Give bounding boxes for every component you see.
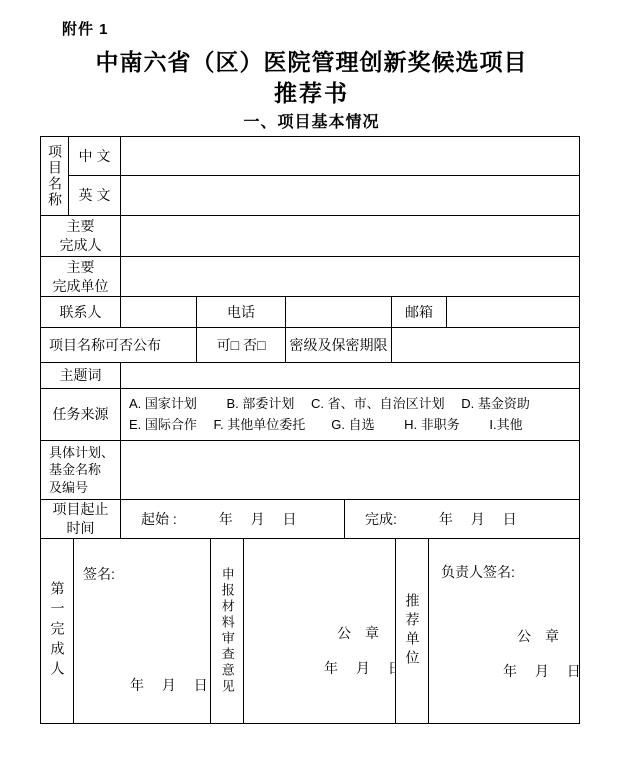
plan-info-label: 具体计划、 基金名称 及编号	[40, 440, 121, 500]
recommender-signature-area[interactable]: 负责人签名: 公 章 年 月 日	[428, 538, 580, 724]
project-name-group-label: 项目名称	[40, 136, 69, 216]
first-completer-sign-label: 签名:	[83, 565, 115, 584]
main-unit-input[interactable]	[120, 256, 580, 297]
first-completer-signature-area[interactable]: 签名: 年 月 日	[73, 538, 211, 724]
secrecy-label: 密级及保密期限	[285, 327, 392, 363]
recommender-seal-label: 公 章	[517, 627, 559, 646]
task-source-options[interactable]: A. 国家计划 B. 部委计划 C. 省、市、自治区计划 D. 基金资助 E. …	[120, 388, 580, 441]
duration-label: 项目起止 时间	[40, 499, 121, 539]
project-name-en-label: 英 文	[68, 175, 121, 216]
email-label: 邮箱	[391, 296, 447, 328]
page-title-line2: 推荐书	[0, 75, 623, 108]
keywords-label: 主题词	[40, 362, 121, 389]
phone-input[interactable]	[285, 296, 392, 328]
task-source-label: 任务来源	[40, 388, 121, 441]
project-name-en-input[interactable]	[120, 175, 580, 216]
plan-info-input[interactable]	[120, 440, 580, 500]
recommender-date: 年 月 日	[503, 662, 581, 681]
section-heading: 一、项目基本情况	[0, 109, 623, 132]
email-input[interactable]	[446, 296, 580, 328]
publishable-label: 项目名称可否公布	[40, 327, 197, 363]
phone-label: 电话	[196, 296, 286, 328]
duration-start-input[interactable]: 起始 : 年 月 日	[120, 499, 345, 539]
duration-end-input[interactable]: 完成: 年 月 日	[344, 499, 580, 539]
attachment-label: 附件 1	[62, 18, 109, 39]
project-name-cn-label: 中 文	[68, 136, 121, 176]
publishable-checkboxes[interactable]: 可□ 否□	[196, 327, 286, 363]
page-title-line1: 中南六省（区）医院管理创新奖候选项目	[0, 44, 623, 77]
recommender-unit-label: 推荐单位	[395, 538, 429, 724]
keywords-input[interactable]	[120, 362, 580, 389]
project-name-cn-input[interactable]	[120, 136, 580, 176]
recommender-leader-sign-label: 负责人签名:	[441, 563, 515, 582]
review-opinion-label: 申报材料审查意见	[210, 538, 244, 724]
secrecy-input[interactable]	[391, 327, 580, 363]
review-opinion-area[interactable]: 公 章 年 月 日	[243, 538, 396, 724]
review-seal-label: 公 章	[337, 624, 379, 643]
main-unit-label: 主要 完成单位	[40, 256, 121, 297]
main-completers-label: 主要 完成人	[40, 215, 121, 257]
first-completer-label: 第一完成人	[40, 538, 74, 724]
project-basic-info-table: 项目名称 中 文 英 文 主要 完成人 主要 完成单位 联系人 电话 邮箱 项目…	[40, 136, 580, 724]
review-date: 年 月 日	[324, 659, 402, 678]
first-completer-date: 年 月 日	[130, 676, 208, 695]
contact-input[interactable]	[120, 296, 197, 328]
contact-label: 联系人	[40, 296, 121, 328]
main-completers-input[interactable]	[120, 215, 580, 257]
